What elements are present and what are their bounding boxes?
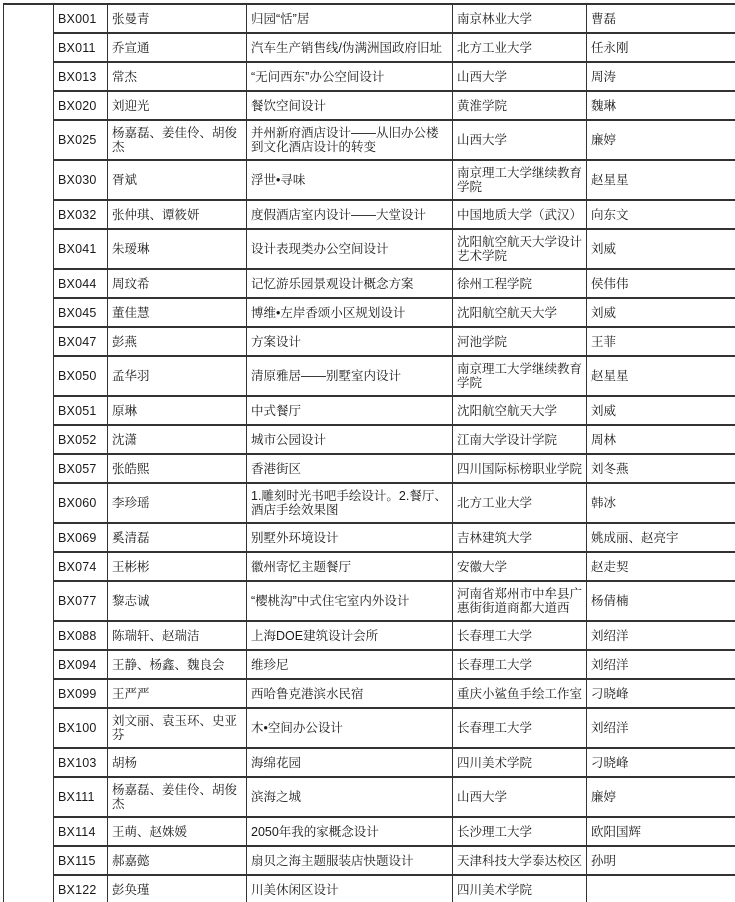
award-entries-table: BX001 张曼青 归园“恬”居 南京林业大学 曹磊 BX011 乔宣通 汽车生…	[3, 3, 735, 902]
project-title-cell: 记忆游乐园景观设计概念方案	[247, 269, 453, 298]
school-cell: 长春理工大学	[453, 708, 587, 748]
school-cell: 安徽大学	[453, 552, 587, 581]
project-title-cell: 木•空间办公设计	[247, 708, 453, 748]
advisor-cell: 刘冬燕	[587, 454, 735, 483]
project-title-cell: 浮世•寻味	[247, 160, 453, 200]
project-title-cell: 2050年我的家概念设计	[247, 817, 453, 846]
project-title-cell: 中式餐厅	[247, 396, 453, 425]
entry-id-cell: BX047	[54, 327, 108, 356]
school-cell: 沈阳航空航天大学	[453, 298, 587, 327]
students-cell: 刘文丽、袁玉环、史亚芬	[108, 708, 247, 748]
entry-id-cell: BX111	[54, 777, 108, 817]
table-row: BX074 王彬彬 徽州寄忆主题餐厅 安徽大学 赵走契	[4, 552, 735, 581]
entry-id-cell: BX077	[54, 581, 108, 621]
advisor-cell: 廉婷	[587, 120, 735, 160]
table-row: BX051 原琳 中式餐厅 沈阳航空航天大学 刘威	[4, 396, 735, 425]
table-row: BX069 奚清磊 别墅外环境设计 吉林建筑大学 姚成丽、赵亮宇	[4, 523, 735, 552]
project-title-cell: “无问西东”办公空间设计	[247, 62, 453, 91]
entry-id-cell: BX103	[54, 748, 108, 777]
entry-id-cell: BX057	[54, 454, 108, 483]
project-title-cell: 扇贝之海主题服装店快题设计	[247, 846, 453, 875]
advisor-cell: 刘威	[587, 298, 735, 327]
table-row: BX115 郝嘉懿 扇贝之海主题服装店快题设计 天津科技大学泰达校区 孙明	[4, 846, 735, 875]
school-cell: 北方工业大学	[453, 483, 587, 523]
school-cell: 中国地质大学（武汉）	[453, 200, 587, 229]
school-cell: 河南省郑州市中牟县广惠街街道商都大道西	[453, 581, 587, 621]
entry-id-cell: BX099	[54, 679, 108, 708]
project-title-cell: 设计表现类办公空间设计	[247, 229, 453, 269]
school-cell: 长沙理工大学	[453, 817, 587, 846]
project-title-cell: 博维•左岸香颂小区规划设计	[247, 298, 453, 327]
scanned-document-page: BX001 张曼青 归园“恬”居 南京林业大学 曹磊 BX011 乔宣通 汽车生…	[0, 0, 735, 902]
advisor-cell: 刁晓峰	[587, 679, 735, 708]
project-title-cell: 上海DOE建筑设计会所	[247, 621, 453, 650]
entry-id-cell: BX030	[54, 160, 108, 200]
students-cell: 沈潇	[108, 425, 247, 454]
project-title-cell: 滨海之城	[247, 777, 453, 817]
table-row: BX001 张曼青 归园“恬”居 南京林业大学 曹磊	[4, 4, 735, 33]
school-cell: 重庆小鲨鱼手绘工作室	[453, 679, 587, 708]
entry-id-cell: BX044	[54, 269, 108, 298]
school-cell: 南京理工大学继续教育学院	[453, 356, 587, 396]
advisor-cell: 杨倩楠	[587, 581, 735, 621]
project-title-cell: 川美休闲区设计	[247, 875, 453, 902]
students-cell: 黎志诚	[108, 581, 247, 621]
project-title-cell: 清原雅居——别墅室内设计	[247, 356, 453, 396]
advisor-cell: 刘绍洋	[587, 650, 735, 679]
advisor-cell: 魏琳	[587, 91, 735, 120]
project-title-cell: 别墅外环境设计	[247, 523, 453, 552]
school-cell: 山西大学	[453, 62, 587, 91]
advisor-cell: 侯伟伟	[587, 269, 735, 298]
table-row: BX030 胥斌 浮世•寻味 南京理工大学继续教育学院 赵星星	[4, 160, 735, 200]
advisor-cell: 向东文	[587, 200, 735, 229]
advisor-cell: 刁晓峰	[587, 748, 735, 777]
project-title-cell: “樱桃沟”中式住宅室内外设计	[247, 581, 453, 621]
table-row: BX020 刘迎光 餐饮空间设计 黄淮学院 魏琳	[4, 91, 735, 120]
school-cell: 山西大学	[453, 120, 587, 160]
school-cell: 黄淮学院	[453, 91, 587, 120]
students-cell: 李珍瑶	[108, 483, 247, 523]
students-cell: 乔宣通	[108, 33, 247, 62]
left-margin-merged-cell	[4, 4, 54, 902]
students-cell: 张曼青	[108, 4, 247, 33]
advisor-cell: 曹磊	[587, 4, 735, 33]
advisor-cell: 赵星星	[587, 356, 735, 396]
students-cell: 奚清磊	[108, 523, 247, 552]
entry-id-cell: BX122	[54, 875, 108, 902]
entry-id-cell: BX069	[54, 523, 108, 552]
entry-id-cell: BX060	[54, 483, 108, 523]
project-title-cell: 并州新府酒店设计——从旧办公楼到文化酒店设计的转变	[247, 120, 453, 160]
advisor-cell: 周林	[587, 425, 735, 454]
table-row: BX077 黎志诚 “樱桃沟”中式住宅室内外设计 河南省郑州市中牟县广惠街街道商…	[4, 581, 735, 621]
table-row: BX100 刘文丽、袁玉环、史亚芬 木•空间办公设计 长春理工大学 刘绍洋	[4, 708, 735, 748]
students-cell: 董佳慧	[108, 298, 247, 327]
students-cell: 常杰	[108, 62, 247, 91]
advisor-cell: 孙明	[587, 846, 735, 875]
school-cell: 沈阳航空航天大学设计艺术学院	[453, 229, 587, 269]
advisor-cell: 刘威	[587, 396, 735, 425]
school-cell: 南京理工大学继续教育学院	[453, 160, 587, 200]
project-title-cell: 维珍尼	[247, 650, 453, 679]
school-cell: 吉林建筑大学	[453, 523, 587, 552]
table-row: BX044 周玟希 记忆游乐园景观设计概念方案 徐州工程学院 侯伟伟	[4, 269, 735, 298]
students-cell: 王严严	[108, 679, 247, 708]
school-cell: 四川国际标榜职业学院	[453, 454, 587, 483]
advisor-cell: 刘绍洋	[587, 708, 735, 748]
entry-id-cell: BX011	[54, 33, 108, 62]
table-row: BX047 彭燕 方案设计 河池学院 王菲	[4, 327, 735, 356]
entry-id-cell: BX074	[54, 552, 108, 581]
advisor-cell: 刘绍洋	[587, 621, 735, 650]
table-row: BX025 杨嘉磊、姜佳伶、胡俊杰 并州新府酒店设计——从旧办公楼到文化酒店设计…	[4, 120, 735, 160]
school-cell: 沈阳航空航天大学	[453, 396, 587, 425]
students-cell: 张仲琪、谭筱妍	[108, 200, 247, 229]
table-row: BX111 杨嘉磊、姜佳伶、胡俊杰 滨海之城 山西大学 廉婷	[4, 777, 735, 817]
entry-id-cell: BX045	[54, 298, 108, 327]
advisor-cell: 欧阳国辉	[587, 817, 735, 846]
advisor-cell: 姚成丽、赵亮宇	[587, 523, 735, 552]
school-cell: 山西大学	[453, 777, 587, 817]
entry-id-cell: BX050	[54, 356, 108, 396]
table-row: BX099 王严严 西哈鲁克港滨水民宿 重庆小鲨鱼手绘工作室 刁晓峰	[4, 679, 735, 708]
project-title-cell: 汽车生产销售线/伪满洲国政府旧址	[247, 33, 453, 62]
school-cell: 南京林业大学	[453, 4, 587, 33]
school-cell: 河池学院	[453, 327, 587, 356]
school-cell: 四川美术学院	[453, 875, 587, 902]
table-row: BX088 陈瑞轩、赵瑞洁 上海DOE建筑设计会所 长春理工大学 刘绍洋	[4, 621, 735, 650]
project-title-cell: 餐饮空间设计	[247, 91, 453, 120]
students-cell: 朱瑷琳	[108, 229, 247, 269]
entry-id-cell: BX001	[54, 4, 108, 33]
school-cell: 长春理工大学	[453, 650, 587, 679]
table-row: BX013 常杰 “无问西东”办公空间设计 山西大学 周涛	[4, 62, 735, 91]
students-cell: 孟华羽	[108, 356, 247, 396]
table-row: BX011 乔宣通 汽车生产销售线/伪满洲国政府旧址 北方工业大学 任永刚	[4, 33, 735, 62]
school-cell: 长春理工大学	[453, 621, 587, 650]
advisor-cell: 刘威	[587, 229, 735, 269]
entry-id-cell: BX094	[54, 650, 108, 679]
table-row: BX041 朱瑷琳 设计表现类办公空间设计 沈阳航空航天大学设计艺术学院 刘威	[4, 229, 735, 269]
advisor-cell: 王菲	[587, 327, 735, 356]
table-row: BX060 李珍瑶 1.雕刻时光书吧手绘设计。2.餐厅、酒店手绘效果图 北方工业…	[4, 483, 735, 523]
students-cell: 胡杨	[108, 748, 247, 777]
advisor-cell: 廉婷	[587, 777, 735, 817]
students-cell: 杨嘉磊、姜佳伶、胡俊杰	[108, 120, 247, 160]
students-cell: 陈瑞轩、赵瑞洁	[108, 621, 247, 650]
students-cell: 王彬彬	[108, 552, 247, 581]
school-cell: 江南大学设计学院	[453, 425, 587, 454]
students-cell: 王静、杨鑫、魏良会	[108, 650, 247, 679]
entry-id-cell: BX100	[54, 708, 108, 748]
entry-id-cell: BX013	[54, 62, 108, 91]
students-cell: 张皓熙	[108, 454, 247, 483]
entry-id-cell: BX115	[54, 846, 108, 875]
students-cell: 杨嘉磊、姜佳伶、胡俊杰	[108, 777, 247, 817]
students-cell: 彭燕	[108, 327, 247, 356]
students-cell: 王萌、赵姝媛	[108, 817, 247, 846]
students-cell: 周玟希	[108, 269, 247, 298]
advisor-cell: 赵走契	[587, 552, 735, 581]
school-cell: 天津科技大学泰达校区	[453, 846, 587, 875]
project-title-cell: 度假酒店室内设计——大堂设计	[247, 200, 453, 229]
entry-id-cell: BX114	[54, 817, 108, 846]
table-row: BX122 彭奂瑾 川美休闲区设计 四川美术学院	[4, 875, 735, 902]
advisor-cell: 任永刚	[587, 33, 735, 62]
table-row: BX057 张皓熙 香港街区 四川国际标榜职业学院 刘冬燕	[4, 454, 735, 483]
advisor-cell: 周涛	[587, 62, 735, 91]
project-title-cell: 徽州寄忆主题餐厅	[247, 552, 453, 581]
entry-id-cell: BX051	[54, 396, 108, 425]
table-row: BX052 沈潇 城市公园设计 江南大学设计学院 周林	[4, 425, 735, 454]
table-row: BX103 胡杨 海绵花园 四川美术学院 刁晓峰	[4, 748, 735, 777]
advisor-cell: 赵星星	[587, 160, 735, 200]
table-row: BX032 张仲琪、谭筱妍 度假酒店室内设计——大堂设计 中国地质大学（武汉） …	[4, 200, 735, 229]
project-title-cell: 归园“恬”居	[247, 4, 453, 33]
entry-id-cell: BX041	[54, 229, 108, 269]
entry-id-cell: BX025	[54, 120, 108, 160]
project-title-cell: 海绵花园	[247, 748, 453, 777]
entry-id-cell: BX088	[54, 621, 108, 650]
students-cell: 原琳	[108, 396, 247, 425]
project-title-cell: 城市公园设计	[247, 425, 453, 454]
table-row: BX094 王静、杨鑫、魏良会 维珍尼 长春理工大学 刘绍洋	[4, 650, 735, 679]
project-title-cell: 1.雕刻时光书吧手绘设计。2.餐厅、酒店手绘效果图	[247, 483, 453, 523]
students-cell: 胥斌	[108, 160, 247, 200]
school-cell: 四川美术学院	[453, 748, 587, 777]
table-row: BX050 孟华羽 清原雅居——别墅室内设计 南京理工大学继续教育学院 赵星星	[4, 356, 735, 396]
advisor-cell: 韩冰	[587, 483, 735, 523]
advisor-cell	[587, 875, 735, 902]
project-title-cell: 方案设计	[247, 327, 453, 356]
school-cell: 北方工业大学	[453, 33, 587, 62]
project-title-cell: 香港街区	[247, 454, 453, 483]
table-row: BX114 王萌、赵姝媛 2050年我的家概念设计 长沙理工大学 欧阳国辉	[4, 817, 735, 846]
entry-id-cell: BX020	[54, 91, 108, 120]
school-cell: 徐州工程学院	[453, 269, 587, 298]
entry-id-cell: BX032	[54, 200, 108, 229]
students-cell: 刘迎光	[108, 91, 247, 120]
table-row: BX045 董佳慧 博维•左岸香颂小区规划设计 沈阳航空航天大学 刘威	[4, 298, 735, 327]
results-table-body: BX001 张曼青 归园“恬”居 南京林业大学 曹磊 BX011 乔宣通 汽车生…	[4, 4, 735, 902]
entry-id-cell: BX052	[54, 425, 108, 454]
students-cell: 彭奂瑾	[108, 875, 247, 902]
project-title-cell: 西哈鲁克港滨水民宿	[247, 679, 453, 708]
students-cell: 郝嘉懿	[108, 846, 247, 875]
